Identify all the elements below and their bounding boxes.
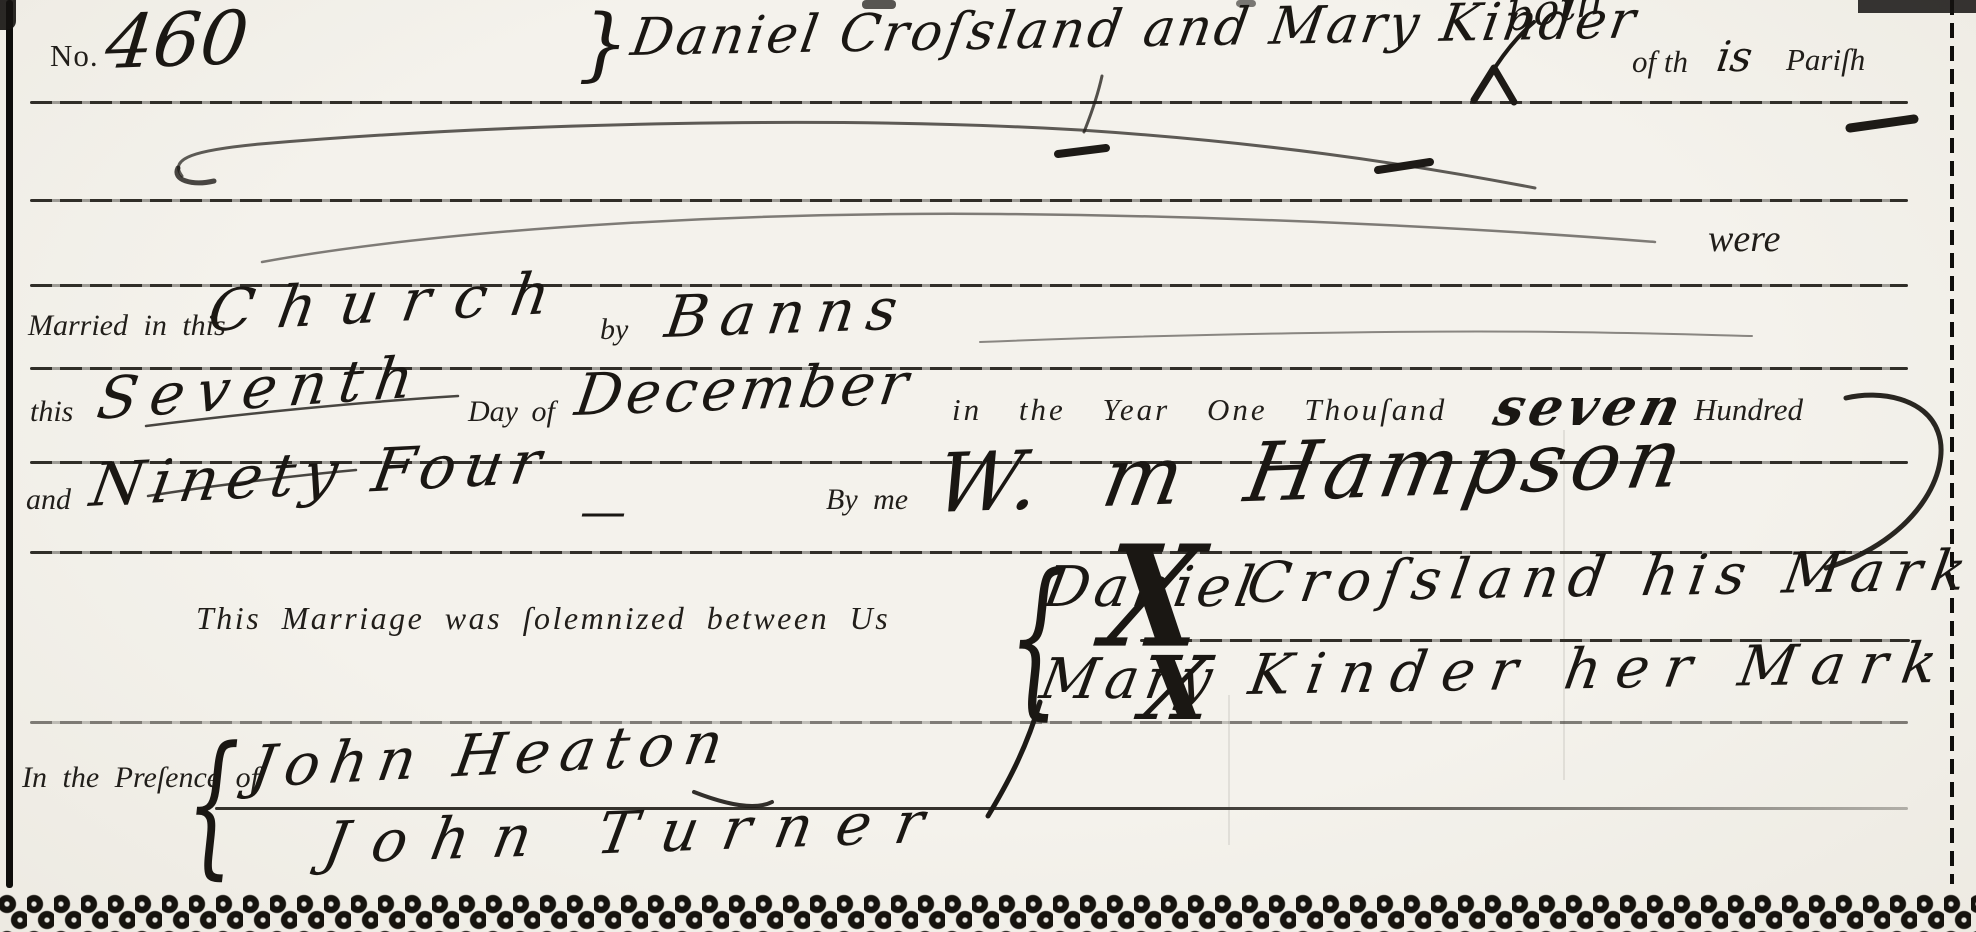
bride-mark-x: X	[1137, 644, 1215, 732]
left-rule-border	[6, 0, 13, 888]
printed-hundred: Hundred	[1694, 394, 1803, 427]
filled-day: Seventh	[94, 347, 429, 427]
couple-names: Daniel Croſsland and Mary Kinder	[628, 0, 1642, 64]
filled-is: is	[1714, 36, 1755, 78]
pen-dash-mark	[1058, 148, 1106, 154]
ornamental-fleuron-border	[0, 894, 1976, 932]
witness-brace: {	[186, 726, 240, 881]
banns-filler-line	[980, 331, 1752, 342]
ruled-line	[30, 199, 1908, 202]
witness2-signature: John Turner	[320, 792, 953, 872]
ruled-line	[30, 101, 1908, 104]
flourish-hook	[177, 168, 214, 183]
filled-church: Church	[205, 263, 578, 340]
entry-number-value: 460	[102, 1, 252, 80]
printed-married-in-this: Married in this	[28, 310, 226, 342]
printed-of-th: of th	[1632, 46, 1688, 79]
filled-month: December	[572, 354, 916, 424]
pen-dash-mark	[1850, 119, 1914, 128]
groom-surname-and-mark-text: Croſsland his Mark	[1243, 543, 1976, 612]
printed-by: by	[600, 314, 628, 346]
marriage-register-entry: No. 460 } Daniel Croſsland and Mary Kind…	[0, 0, 1976, 932]
scan-artifact	[1858, 0, 1976, 13]
printed-parish: Pariſh	[1786, 44, 1865, 77]
entry-number-label: No.	[50, 40, 99, 73]
printed-this: this	[30, 396, 73, 428]
printed-day-of: Day of	[468, 396, 555, 428]
right-dashed-border	[1950, 0, 1954, 884]
printed-were: were	[1708, 220, 1780, 260]
officiant-signature: W. m Hampson	[929, 418, 1693, 526]
bride-signature-line	[30, 721, 1908, 724]
printed-by-me: By me	[826, 484, 908, 516]
caret-mark	[1474, 68, 1514, 102]
printed-and: and	[26, 484, 71, 516]
bride-surname-and-mark-text: Kinder her Mark	[1245, 636, 1956, 704]
pen-dash: —	[580, 488, 626, 534]
paper-crease	[1228, 695, 1230, 845]
scan-artifact	[0, 0, 16, 30]
filled-year-tens: Ninety Four	[86, 432, 553, 516]
witness1-signature: John Heaton	[247, 713, 737, 796]
filled-banns: Banns	[662, 280, 913, 346]
stray-stroke	[1084, 76, 1102, 132]
couple-brace: }	[578, 4, 629, 84]
void-flourish-row2	[178, 122, 1535, 188]
printed-solemnized: This Marriage was ſolemnized between Us	[196, 602, 890, 636]
pen-dash-mark	[1378, 162, 1430, 170]
void-flourish-row3	[262, 214, 1655, 262]
